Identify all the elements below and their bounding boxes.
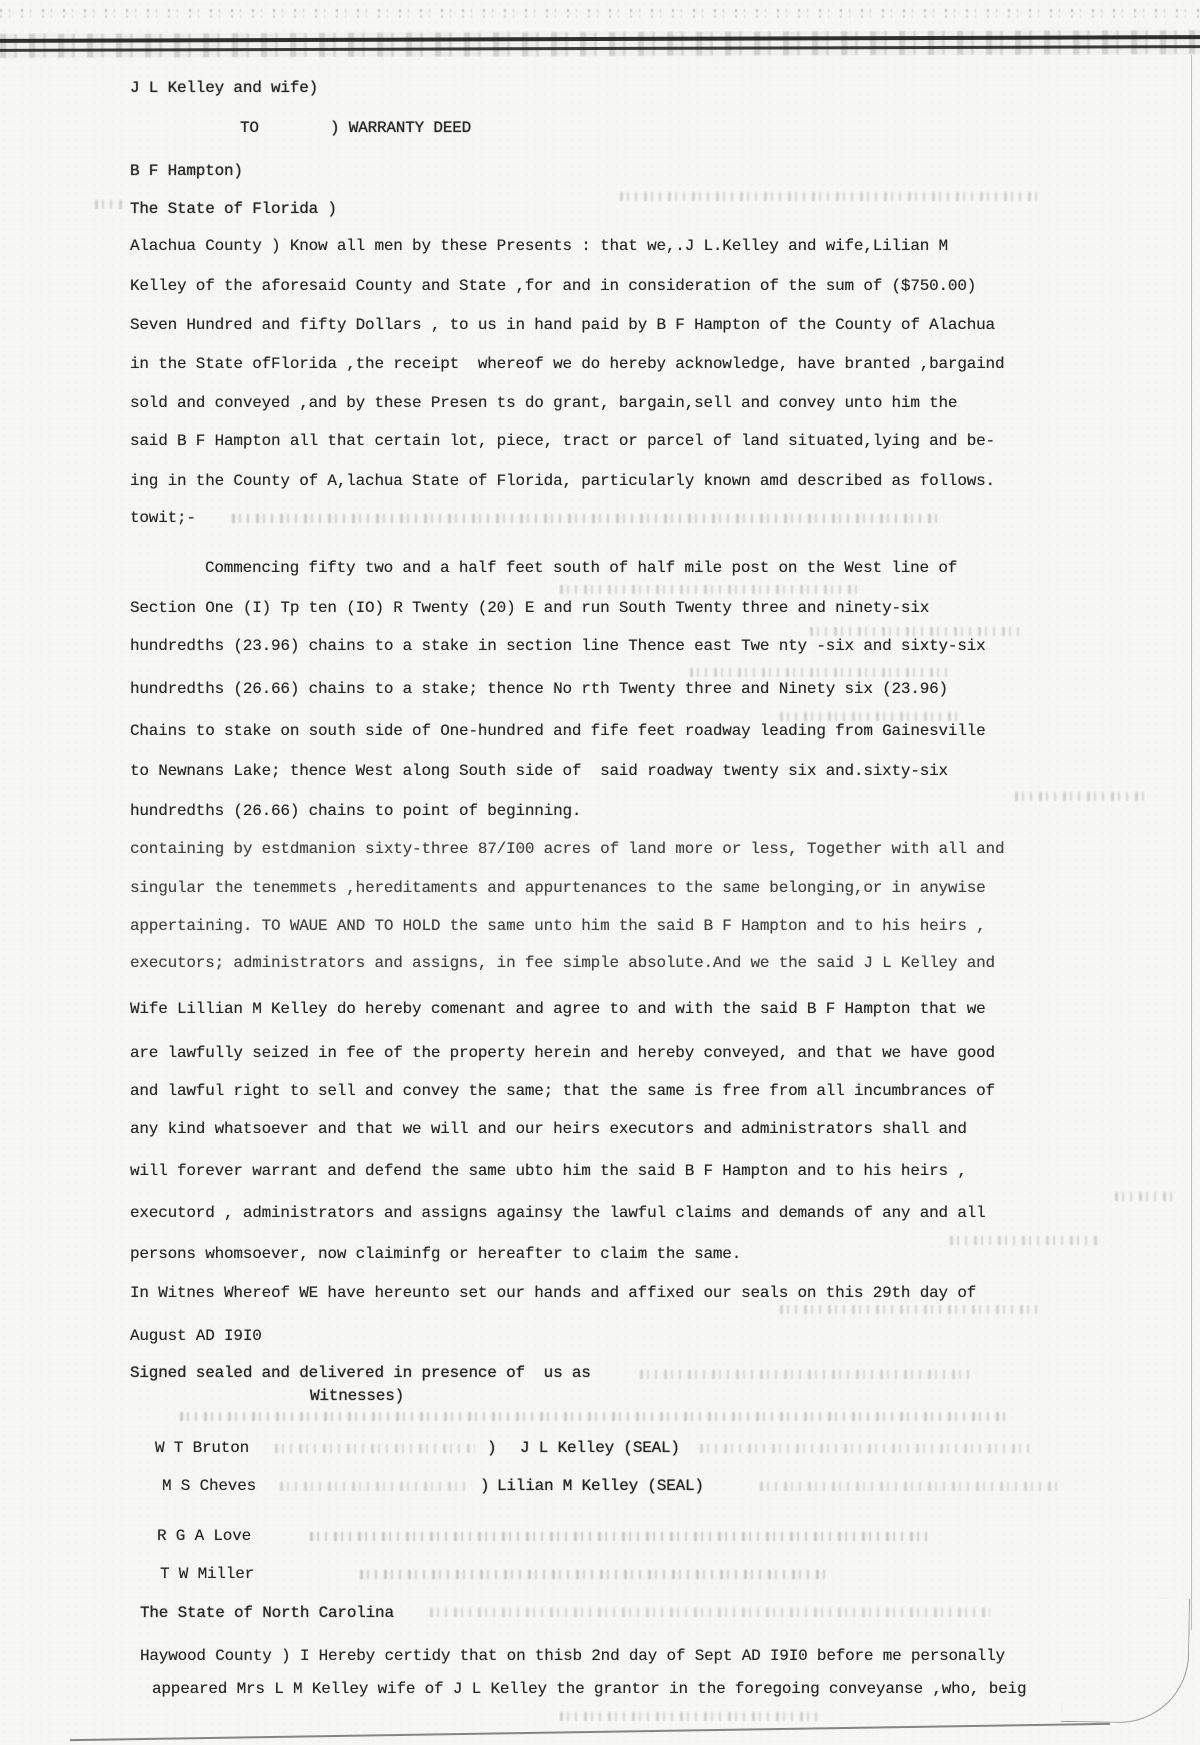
notary-body-line: appeared Mrs L M Kelley wife of J L Kell…: [152, 1679, 1026, 1699]
state-caption: The State of Florida ): [130, 199, 337, 219]
deed-date-line: August AD I9I0: [130, 1326, 262, 1346]
witness-name: T W Miller: [160, 1564, 254, 1584]
ghost-text: [560, 1712, 820, 1721]
ghost-text: [1115, 1192, 1175, 1201]
ghost-text: [700, 1444, 1030, 1453]
ghost-text: [180, 1412, 1010, 1421]
grantor-line: J L Kelley and wife): [130, 78, 318, 98]
deed-body-line: Section One (I) Tp ten (IO) R Twenty (20…: [130, 598, 929, 618]
ghost-text: [560, 585, 860, 594]
ghost-text: [690, 668, 950, 677]
witness-name: W T Bruton: [155, 1438, 249, 1458]
deed-body-line: Wife Lillian M Kelley do hereby comenant…: [130, 999, 986, 1019]
witness-name: M S Cheves: [162, 1476, 256, 1496]
ghost-text: [780, 1305, 1040, 1314]
deed-body-line: Chains to stake on south side of One-hun…: [130, 721, 986, 741]
paper-edge-line: [1191, 55, 1192, 1630]
ghost-text: [620, 192, 1040, 201]
deed-body-line: said B F Hampton all that certain lot, p…: [130, 431, 995, 451]
deed-body-line: to Newnans Lake; thence West along South…: [130, 761, 948, 781]
paper-corner-curve: [1061, 1597, 1190, 1724]
ghost-text: [640, 1370, 970, 1379]
deed-body-line: appertaining. TO WAUE AND TO HOLD the sa…: [130, 916, 986, 936]
ghost-text: [760, 1482, 1060, 1491]
ghost-text: [232, 514, 942, 523]
grantee-line: B F Hampton): [130, 161, 243, 181]
signed-statement-line: Signed sealed and delivered in presence …: [130, 1363, 591, 1383]
witnesses-label: Witnesses): [310, 1386, 404, 1406]
scan-smear-band: [0, 30, 1200, 58]
doc-type-title: ) WARRANTY DEED: [330, 118, 471, 138]
deed-body-line: executors; administrators and assigns, i…: [130, 953, 995, 973]
deed-body-line: Kelley of the aforesaid County and State…: [130, 276, 976, 296]
ghost-text: [950, 1236, 1100, 1245]
ghost-text: [1015, 792, 1145, 801]
ghost-text: [810, 627, 1020, 636]
document-page: J L Kelley and wife) TO ) WARRANTY DEED …: [0, 0, 1200, 1745]
ghost-text: [360, 1570, 830, 1579]
deed-body-line: any kind whatsoever and that we will and…: [130, 1119, 967, 1139]
witness-paren: ): [480, 1476, 489, 1496]
deed-body-line: in the State ofFlorida ,the receipt wher…: [130, 354, 1004, 374]
deed-body-line: executord , administrators and assigns a…: [130, 1203, 986, 1223]
ghost-text: [780, 712, 960, 721]
deed-body-line: Seven Hundred and fifty Dollars , to us …: [130, 315, 995, 335]
deed-body-line: ing in the County of A,lachua State of F…: [130, 471, 995, 491]
ghost-text: [280, 1482, 470, 1491]
deed-body-line: In Witnes Whereof WE have hereunto set o…: [130, 1283, 976, 1303]
scan-noise-band: [0, 9, 1200, 12]
deed-body-line: towit;-: [130, 508, 196, 528]
deed-body-line: Alachua County ) Know all men by these P…: [130, 236, 948, 256]
deed-body-line: and lawful right to sell and convey the …: [130, 1081, 995, 1101]
grantor-seal-signature: J L Kelley (SEAL): [520, 1438, 680, 1458]
deed-body-line: sold and conveyed ,and by these Presen t…: [130, 393, 957, 413]
deed-body-line: Commencing fifty two and a half feet sou…: [205, 558, 957, 578]
to-label: TO: [240, 118, 259, 138]
ghost-text: [275, 1444, 475, 1453]
ghost-text: [310, 1532, 930, 1541]
notary-state-caption: The State of North Carolina: [140, 1603, 394, 1623]
witness-paren: ): [487, 1438, 496, 1458]
scan-noise-band: [0, 15, 1200, 18]
deed-body-line: hundredths (23.96) chains to a stake in …: [130, 636, 986, 656]
deed-body-line: are lawfully seized in fee of the proper…: [130, 1043, 995, 1063]
grantor-seal-signature: Lilian M Kelley (SEAL): [497, 1476, 704, 1496]
deed-body-line: hundredths (26.66) chains to a stake; th…: [130, 679, 948, 699]
deed-body-line: persons whomsoever, now claiminfg or her…: [130, 1244, 741, 1264]
ghost-text: [95, 200, 123, 209]
witness-name: R G A Love: [157, 1526, 251, 1546]
ghost-text: [430, 1608, 990, 1617]
notary-body-line: Haywood County ) I Hereby certidy that o…: [140, 1646, 1005, 1666]
deed-body-line: singular the tenemmets ,hereditaments an…: [130, 878, 986, 898]
deed-body-line: will forever warrant and defend the same…: [130, 1161, 967, 1181]
paper-bottom-edge: [70, 1723, 1110, 1741]
deed-body-line: containing by estdmanion sixty-three 87/…: [130, 839, 1004, 859]
deed-body-line: hundredths (26.66) chains to point of be…: [130, 801, 581, 821]
